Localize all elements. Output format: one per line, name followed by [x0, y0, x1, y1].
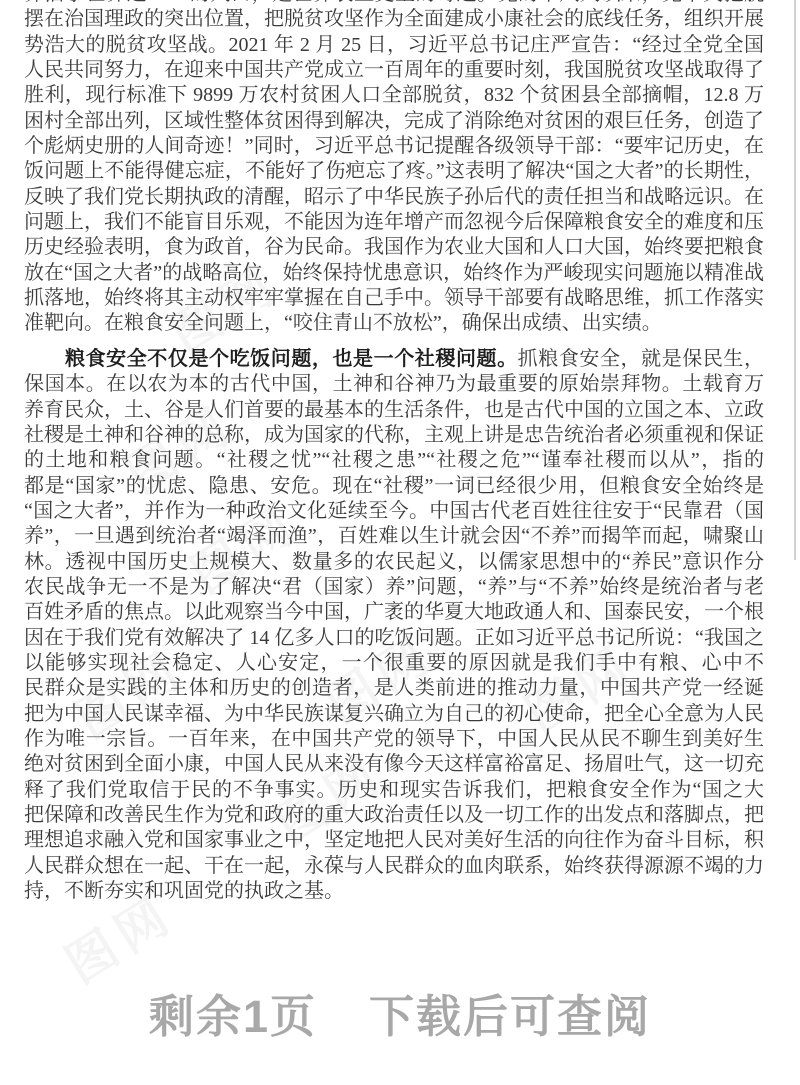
text-line: 理想追求融入党和国家事业之中，坚定地把人民对美好生活的向往作为奋斗目标，积极与	[24, 828, 764, 853]
text-line: 准靶向。在粮食安全问题上，“咬住青山不放松”，确保出成绩、出实绩。	[24, 311, 764, 336]
text-line: 民群众是实践的主体和历史的创造者，是人类前进的推动力量，中国共产党一经诞生，就	[24, 676, 764, 701]
text-line: 把保障和改善民生作为党和政府的重大政治责任以及一切工作的出发点和落脚点，把个人	[24, 803, 764, 828]
text-line: 因在于我们党有效解决了 14 亿多人口的吃饭问题。正如习近平总书记所说：“我国之…	[24, 626, 764, 651]
text-line: 粮食安全不仅是个吃饭问题，也是一个社稷问题。抓粮食安全，就是保民生，就是	[24, 347, 764, 372]
text-line: 放在“国之大者”的战略高位，始终保持忧患意识，始终作为严峻现实问题施以精准战术	[24, 261, 764, 286]
text-line: 作为唯一宗旨。一百年来，在中国共产党的领导下，中国人民从民不聊生到美好生活、从	[24, 727, 764, 752]
text-line: 把为中国人民谋幸福、为中华民族谋复兴确立为自己的初心使命，把全心全意为人民服务	[24, 702, 764, 727]
text-line: 人民共同努力，在迎来中国共产党成立一百周年的重要时刻，我国脱贫攻坚战取得了全面	[24, 58, 764, 83]
text-line: 问题上，我们不能盲目乐观，不能因为连年增产而忽视今后保障粮食安全的难度和压力。	[24, 210, 764, 235]
text-line: 百姓矛盾的焦点。以此观察当今中国，广袤的华夏大地政通人和、国泰民安，一个根本原	[24, 600, 764, 625]
text-line: 困村全部出列，区域性整体贫困得到解决，完成了消除绝对贫困的艰巨任务，创造了又一	[24, 109, 764, 134]
text-line: 抓落地，始终将其主动权牢牢掌握在自己手中。领导干部要有战略思维，抓工作落实要精	[24, 286, 764, 311]
text-line: 都是“国家”的忧虑、隐患、安危。现在“社稷”一词已经很少用，但粮食安全始终是	[24, 474, 764, 499]
document-text: 养活了世界近 20%的人口，是世界农业史上的奇迹。党的十八大以来，党中央把脱贫攻…	[24, 0, 764, 904]
text-line: 饭问题上不能得健忘症，不能好了伤疤忘了疼。”这表明了解决“国之大者”的长期性，	[24, 159, 764, 184]
text-line: 摆在治国理政的突出位置，把脱贫攻坚作为全面建成小康社会的底线任务，组织开展了声	[24, 7, 764, 32]
remaining-pages-label: 剩余1页	[149, 991, 317, 1042]
page-edge-line	[794, 0, 796, 560]
text-line: 保国本。在以农为本的古代中国，土神和谷神乃为最重要的原始崇拜物。土载育万物，谷	[24, 372, 764, 397]
text-line: “国之大者”，并作为一种政治文化延续至今。中国古代老百姓往往安于“民靠君（国家）	[24, 499, 764, 524]
text-line: 绝对贫困到全面小康，中国人民从来没有像今天这样富裕富足、扬眉吐气，这一切充分诠	[24, 752, 764, 777]
text-line: 社稷是土神和谷神的总称，成为国家的代称，主观上讲是忠告统治者必须重视和保证百姓	[24, 423, 764, 448]
text-line: 个彪炳史册的人间奇迹！”同时，习近平总书记提醒各级领导干部：“要牢记历史，在吃	[24, 134, 764, 159]
paragraph-2: 粮食安全不仅是个吃饭问题，也是一个社稷问题。抓粮食安全，就是保民生，就是 保国本…	[24, 347, 764, 905]
text-line: 历史经验表明，食为政首，谷为民命。我国作为农业大国和人口大国，始终要把粮食安全	[24, 235, 764, 260]
text-line: 势浩大的脱贫攻坚战。2021 年 2 月 25 日，习近平总书记庄严宣告：“经过…	[24, 33, 764, 58]
text-line: 养”，一旦遇到统治者“竭泽而渔”，百姓难以生计就会因“不养”而揭竿而起，啸聚山	[24, 524, 764, 549]
paragraph2-lead-bold: 粮食安全不仅是个吃饭问题，也是一个社稷问题。	[65, 348, 518, 370]
text-line: 持，不断夯实和巩固党的执政之基。	[24, 879, 764, 904]
text-line: 养活了世界近 20%的人口，是世界农业史上的奇迹。党的十八大以来，党中央把脱贫攻…	[24, 0, 764, 7]
text-line: 的土地和粮食问题。“社稷之忧”“社稷之患”“社稷之危”“谨奉社稷而以从”，指的	[24, 448, 764, 473]
text-line: 养育民众，土、谷是人们首要的最基本的生活条件，也是古代中国的立国之本、立政之基，	[24, 398, 764, 423]
text-line: 胜利，现行标准下 9899 万农村贫困人口全部脱贫，832 个贫困县全部摘帽，1…	[24, 83, 764, 108]
text-line: 农民战争无一不是为了解决“君（国家）养”问题，“养”与“不养”始终是统治者与老	[24, 575, 764, 600]
document-page: 图网 图网 图网 图网 图网 图网 图网 图网 养活了世界近 20%的人口，是世…	[0, 0, 800, 1085]
text-line: 反映了我们党长期执政的清醒，昭示了中华民族子孙后代的责任担当和战略远识。在粮食	[24, 185, 764, 210]
text-line: 林。透视中国历史上规模大、数量多的农民起义，以儒家思想中的“养民”意识作分析，	[24, 550, 764, 575]
text-line: 人民群众想在一起、干在一起，永葆与人民群众的血肉联系，始终获得源源不竭的力量支	[24, 854, 764, 879]
text-line: 释了我们党取信于民的不争事实。历史和现实告诉我们，把粮食安全作为“国之大者”，	[24, 778, 764, 803]
text-line: 以能够实现社会稳定、人心安定，一个很重要的原因就是我们手中有粮、心中不慌。”人	[24, 651, 764, 676]
download-hint-label: 下载后可查阅	[369, 991, 651, 1042]
remaining-pages-banner: 剩余1页下载后可查阅	[0, 980, 800, 1045]
paragraph-1: 养活了世界近 20%的人口，是世界农业史上的奇迹。党的十八大以来，党中央把脱贫攻…	[24, 0, 764, 337]
